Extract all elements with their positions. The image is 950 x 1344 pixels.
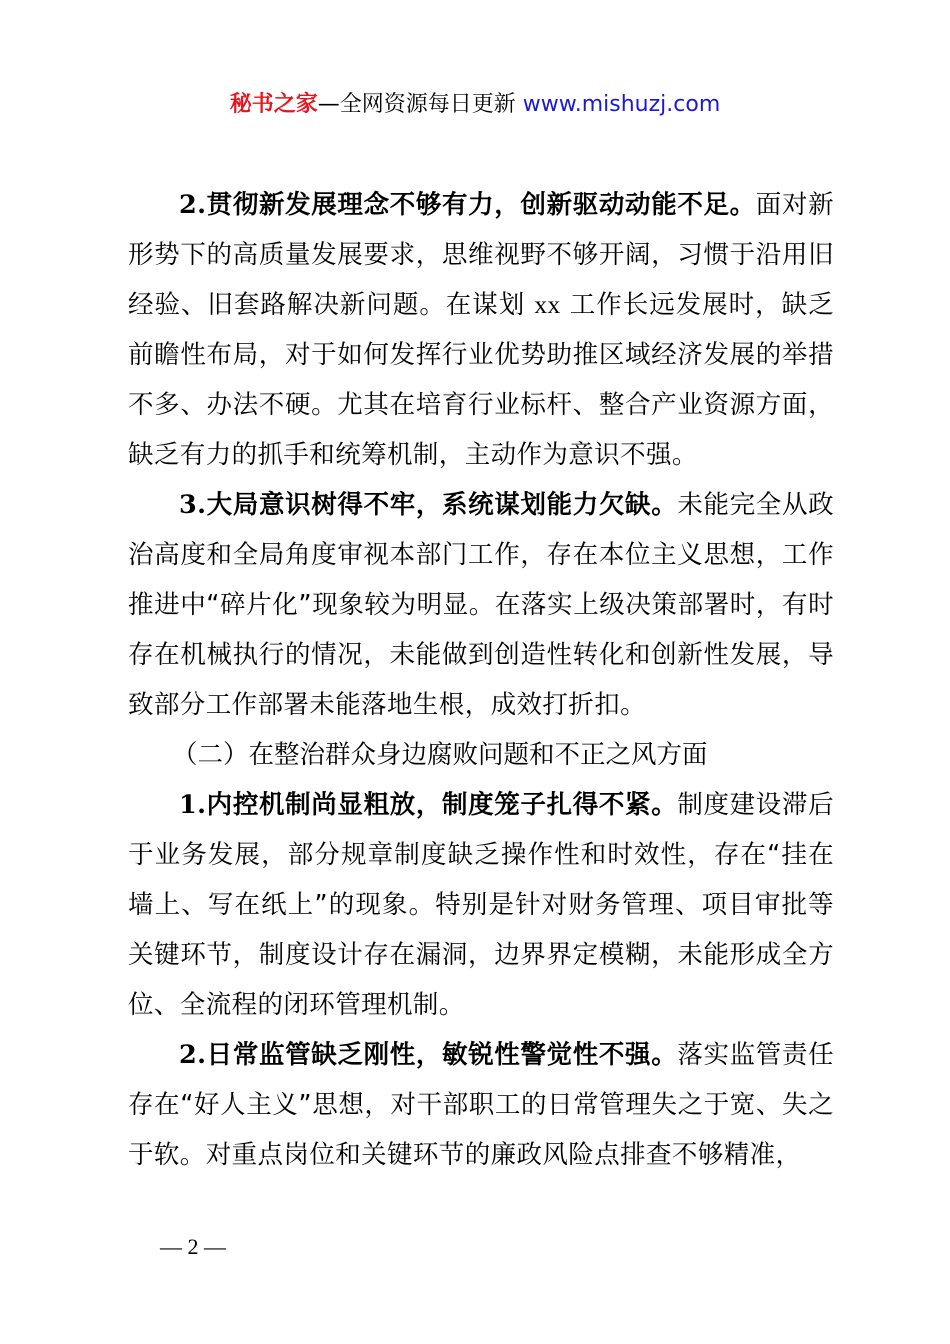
paragraph-daily-supervision: 2.日常监管缺乏刚性，敏锐性警觉性不强。落实监管责任存在“好人主义”思想，对干部… (128, 1030, 834, 1180)
item-number: 2. (179, 1040, 206, 1070)
site-header-banner: 秘书之家—全网资源每日更新 www.mishuzj.com (0, 88, 950, 122)
brand-tagline: —全网资源每日更新 (318, 92, 516, 117)
lead-text: 内控机制尚显粗放，制度笼子扎得不紧。 (206, 790, 677, 820)
paragraph-overall-awareness: 3.大局意识树得不牢，系统谋划能力欠缺。未能完全从政治高度和全局角度审视本部门工… (128, 480, 834, 730)
paragraph-lead: 2.日常监管缺乏刚性，敏锐性警觉性不强。 (179, 1040, 677, 1070)
document-body: 2.贯彻新发展理念不够有力，创新驱动动能不足。面对新形势下的高质量发展要求，思维… (128, 180, 834, 1180)
site-url-link[interactable]: www.mishuzj.com (523, 92, 720, 117)
section-subheading: （二）在整治群众身边腐败问题和不正之风方面 (128, 730, 834, 780)
paragraph-text: 未能完全从政治高度和全局角度审视本部门工作，存在本位主义思想，工作推进中“碎片化… (128, 490, 834, 720)
lead-text: 贯彻新发展理念不够有力，创新驱动动能不足。 (206, 190, 755, 220)
item-number: 1. (179, 790, 206, 820)
placeholder-text: xx (534, 290, 560, 319)
paragraph-text: 制度建设滞后于业务发展，部分规章制度缺乏操作性和时效性，存在“挂在墙上、写在纸上… (128, 790, 834, 1020)
brand-name: 秘书之家 (230, 92, 318, 117)
item-number: 3. (179, 490, 206, 520)
paragraph-lead: 2.贯彻新发展理念不够有力，创新驱动动能不足。 (179, 190, 756, 220)
paragraph-internal-control: 1.内控机制尚显粗放，制度笼子扎得不紧。制度建设滞后于业务发展，部分规章制度缺乏… (128, 780, 834, 1030)
paragraph-lead: 1.内控机制尚显粗放，制度笼子扎得不紧。 (179, 790, 677, 820)
paragraph-innovation: 2.贯彻新发展理念不够有力，创新驱动动能不足。面对新形势下的高质量发展要求，思维… (128, 180, 834, 480)
lead-text: 大局意识树得不牢，系统谋划能力欠缺。 (206, 490, 677, 520)
lead-text: 日常监管缺乏刚性，敏锐性警觉性不强。 (206, 1040, 677, 1070)
item-number: 2. (179, 190, 206, 220)
paragraph-lead: 3.大局意识树得不牢，系统谋划能力欠缺。 (179, 490, 677, 520)
page-number: — 2 — (160, 1234, 226, 1260)
